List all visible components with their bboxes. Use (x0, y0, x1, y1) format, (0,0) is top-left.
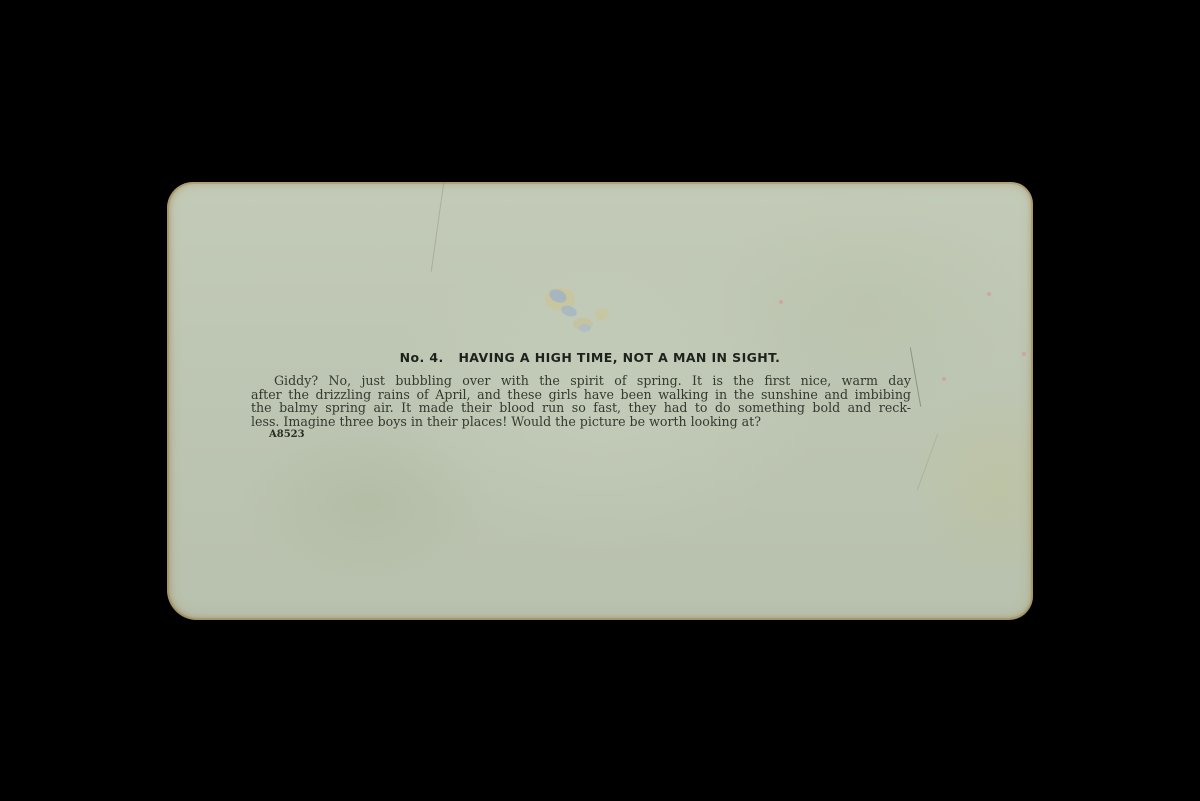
catalog-number: A8523 (269, 429, 911, 440)
card-caption: No. 4. HAVING A HIGH TIME, NOT A MAN IN … (251, 350, 911, 440)
paper-stain (539, 282, 619, 342)
caption-body: Giddy? No, just bubbling over with the s… (251, 374, 911, 428)
stereoview-card-back: No. 4. HAVING A HIGH TIME, NOT A MAN IN … (167, 182, 1033, 620)
caption-title: No. 4. HAVING A HIGH TIME, NOT A MAN IN … (269, 350, 911, 365)
paper-speck (779, 300, 783, 304)
caption-title-text: HAVING A HIGH TIME, NOT A MAN IN SIGHT. (458, 350, 780, 365)
paper-crease (917, 434, 938, 491)
paper-crease (910, 347, 921, 406)
photo-background: No. 4. HAVING A HIGH TIME, NOT A MAN IN … (0, 0, 1200, 801)
caption-number: No. 4. (400, 350, 444, 365)
caption-line: less. Imagine three boys in their places… (251, 415, 911, 429)
paper-speck (987, 292, 991, 296)
caption-line: Giddy? No, just bubbling over with the s… (251, 374, 911, 388)
paper-speck (1022, 352, 1026, 356)
paper-speck (942, 377, 946, 381)
caption-line: after the drizzling rains of April, and … (251, 388, 911, 402)
paper-crease (431, 182, 445, 271)
caption-line: the balmy spring air. It made their bloo… (251, 401, 911, 415)
